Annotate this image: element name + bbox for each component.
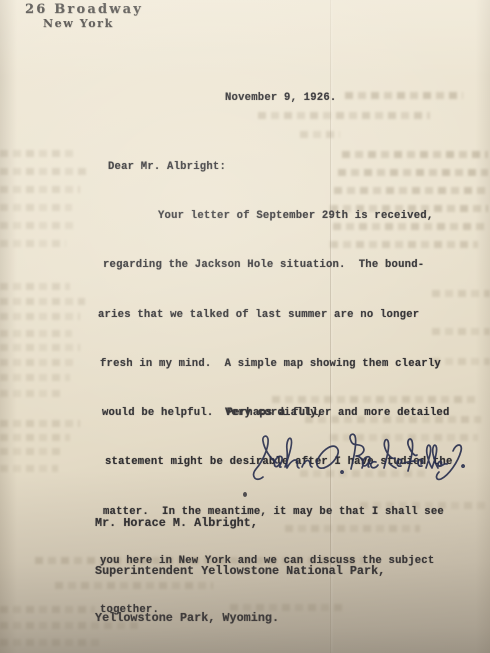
date-line: November 9, 1926. bbox=[225, 92, 336, 104]
bleedthrough-row bbox=[0, 434, 70, 441]
signature bbox=[247, 420, 465, 492]
letterhead-address: 26 Broadway bbox=[25, 2, 143, 17]
bleedthrough-row bbox=[0, 359, 75, 366]
bleedthrough-row bbox=[0, 344, 80, 351]
body-line: fresh in my mind. A simple map showing t… bbox=[100, 358, 453, 383]
letter-photo: 26 Broadway New York November 9, 1926. D… bbox=[0, 0, 490, 653]
bleedthrough-row bbox=[0, 639, 100, 646]
bleedthrough-row bbox=[258, 112, 430, 119]
bleedthrough-row bbox=[0, 298, 85, 305]
bleedthrough-row bbox=[0, 222, 78, 229]
bleedthrough-row bbox=[338, 169, 488, 176]
bleedthrough-row bbox=[300, 131, 340, 138]
bleedthrough-row bbox=[0, 420, 80, 427]
recipient-name: Mr. Horace M. Albright, bbox=[95, 516, 385, 532]
bleedthrough-row bbox=[342, 151, 488, 158]
bleedthrough-row bbox=[0, 150, 78, 157]
bleedthrough-row bbox=[0, 313, 80, 320]
body-line: aries that we talked of last summer are … bbox=[98, 309, 453, 334]
recipient-address: Yellowstone Park, Wyoming. bbox=[95, 611, 385, 627]
bleedthrough-row bbox=[345, 92, 463, 99]
body-line: Your letter of September 29th is receive… bbox=[158, 210, 453, 235]
body-line: regarding the Jackson Hole situation. Th… bbox=[103, 259, 453, 284]
bleedthrough-row bbox=[0, 606, 95, 613]
recipient-block: Mr. Horace M. Albright, Superintendent Y… bbox=[95, 485, 385, 653]
recipient-title: Superintendent Yellowstone National Park… bbox=[95, 564, 385, 580]
bleedthrough-row bbox=[0, 390, 60, 397]
bleedthrough-row bbox=[0, 448, 62, 455]
closing: Very cordially, bbox=[225, 407, 323, 419]
bleedthrough-row bbox=[0, 465, 58, 472]
bleedthrough-row bbox=[0, 374, 70, 381]
letterhead-city: New York bbox=[43, 17, 114, 30]
bleedthrough-row bbox=[0, 240, 66, 247]
bleedthrough-row bbox=[0, 186, 80, 193]
bleedthrough-row bbox=[0, 330, 72, 337]
bleedthrough-row bbox=[0, 168, 88, 175]
bleedthrough-row bbox=[0, 283, 70, 290]
bleedthrough-row bbox=[0, 204, 72, 211]
salutation: Dear Mr. Albright: bbox=[108, 161, 226, 173]
